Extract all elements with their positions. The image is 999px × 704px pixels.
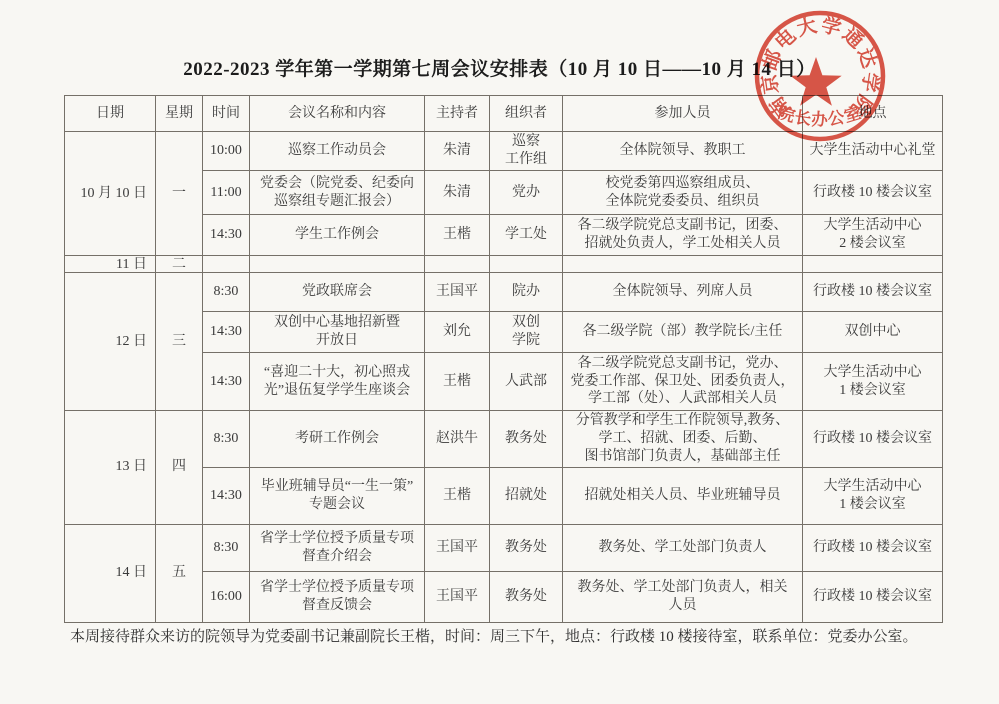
- weekday-cell: 五: [156, 524, 203, 622]
- scanned-document-page: 2022-2023 学年第一学期第七周会议安排表（10 月 10 日——10 月…: [0, 0, 999, 704]
- location-cell: 行政楼 10 楼会议室: [803, 273, 943, 312]
- time-cell: 8:30: [203, 524, 250, 571]
- header-weekday: 星期: [156, 96, 203, 132]
- host-cell: 朱清: [425, 132, 490, 171]
- organizer-cell: 人武部: [490, 353, 563, 411]
- location-cell: 大学生活动中心 1 楼会议室: [803, 467, 943, 524]
- host-cell: 王楷: [425, 467, 490, 524]
- participants-cell: 教务处、学工处部门负责人: [563, 524, 803, 571]
- meeting-cell: 双创中心基地招新暨 开放日: [250, 312, 425, 353]
- participants-cell: 各二级学院党总支副书记，团委、 招就处负责人，学工处相关人员: [563, 215, 803, 256]
- meeting-cell: 省学士学位授予质量专项 督查反馈会: [250, 571, 425, 622]
- meeting-cell: [250, 256, 425, 273]
- header-time: 时间: [203, 96, 250, 132]
- time-cell: 14:30: [203, 353, 250, 411]
- table-row: 14 日 五 8:30 省学士学位授予质量专项 督查介绍会 王国平 教务处 教务…: [65, 524, 943, 571]
- location-cell: 行政楼 10 楼会议室: [803, 171, 943, 215]
- date-cell: 10 月 10 日: [65, 132, 156, 256]
- organizer-cell: 院办: [490, 273, 563, 312]
- location-cell: 行政楼 10 楼会议室: [803, 524, 943, 571]
- seal-office-text: 院长办公室: [776, 102, 864, 129]
- time-cell: 8:30: [203, 273, 250, 312]
- participants-cell: 分管教学和学生工作院领导,教务、 学工、招就、团委、后勤、 图书馆部门负责人，基…: [563, 411, 803, 468]
- participants-cell: 各二级学院党总支副书记，党办、 党委工作部、保卫处、团委负责人， 学工部（处）、…: [563, 353, 803, 411]
- organizer-cell: 招就处: [490, 467, 563, 524]
- location-cell: [803, 256, 943, 273]
- time-cell: 14:30: [203, 467, 250, 524]
- meeting-cell: 党委会（院党委、纪委向 巡察组专题汇报会）: [250, 171, 425, 215]
- date-cell: 14 日: [65, 524, 156, 622]
- time-cell: 8:30: [203, 411, 250, 468]
- date-cell: 11 日: [65, 256, 156, 273]
- location-cell: 大学生活动中心 2 楼会议室: [803, 215, 943, 256]
- official-seal-stamp: 南京邮电大学通达学院 院长办公室: [736, 0, 904, 160]
- participants-cell: 校党委第四巡察组成员、 全体院党委委员、组织员: [563, 171, 803, 215]
- date-cell: 13 日: [65, 411, 156, 525]
- table-row: 12 日 三 8:30 党政联席会 王国平 院办 全体院领导、列席人员 行政楼 …: [65, 273, 943, 312]
- header-date: 日期: [65, 96, 156, 132]
- meeting-cell: 巡察工作动员会: [250, 132, 425, 171]
- host-cell: 王楷: [425, 215, 490, 256]
- table-row: 11 日 二: [65, 256, 943, 273]
- time-cell: 14:30: [203, 312, 250, 353]
- header-meeting: 会议名称和内容: [250, 96, 425, 132]
- host-cell: [425, 256, 490, 273]
- host-cell: 王国平: [425, 524, 490, 571]
- weekday-cell: 一: [156, 132, 203, 256]
- weekday-cell: 三: [156, 273, 203, 411]
- host-cell: 赵洪牛: [425, 411, 490, 468]
- weekday-cell: 二: [156, 256, 203, 273]
- time-cell: [203, 256, 250, 273]
- location-cell: 行政楼 10 楼会议室: [803, 411, 943, 468]
- organizer-cell: 双创 学院: [490, 312, 563, 353]
- meeting-cell: 毕业班辅导员“一生一策” 专题会议: [250, 467, 425, 524]
- header-organizer: 组织者: [490, 96, 563, 132]
- location-cell: 大学生活动中心 1 楼会议室: [803, 353, 943, 411]
- organizer-cell: 学工处: [490, 215, 563, 256]
- host-cell: 朱清: [425, 171, 490, 215]
- location-cell: 行政楼 10 楼会议室: [803, 571, 943, 622]
- date-cell: 12 日: [65, 273, 156, 411]
- meeting-cell: 省学士学位授予质量专项 督查介绍会: [250, 524, 425, 571]
- host-cell: 刘允: [425, 312, 490, 353]
- meeting-cell: 学生工作例会: [250, 215, 425, 256]
- header-host: 主持者: [425, 96, 490, 132]
- footer-note: 本周接待群众来访的院领导为党委副书记兼副院长王楷，时间：周三下午，地点：行政楼 …: [70, 625, 950, 646]
- meeting-cell: “喜迎二十大，初心照戎 光”退伍复学学生座谈会: [250, 353, 425, 411]
- participants-cell: 全体院领导、列席人员: [563, 273, 803, 312]
- organizer-cell: 教务处: [490, 524, 563, 571]
- time-cell: 11:00: [203, 171, 250, 215]
- meeting-cell: 考研工作例会: [250, 411, 425, 468]
- time-cell: 10:00: [203, 132, 250, 171]
- table-row: 13 日 四 8:30 考研工作例会 赵洪牛 教务处 分管教学和学生工作院领导,…: [65, 411, 943, 468]
- organizer-cell: 巡察 工作组: [490, 132, 563, 171]
- time-cell: 16:00: [203, 571, 250, 622]
- meeting-schedule-table: 日期 星期 时间 会议名称和内容 主持者 组织者 参加人员 地点 10 月 10…: [64, 95, 943, 623]
- organizer-cell: [490, 256, 563, 273]
- host-cell: 王楷: [425, 353, 490, 411]
- host-cell: 王国平: [425, 571, 490, 622]
- participants-cell: 招就处相关人员、毕业班辅导员: [563, 467, 803, 524]
- participants-cell: 各二级学院（部）教学院长/主任: [563, 312, 803, 353]
- time-cell: 14:30: [203, 215, 250, 256]
- seal-star-icon: [790, 57, 841, 106]
- organizer-cell: 教务处: [490, 411, 563, 468]
- organizer-cell: 教务处: [490, 571, 563, 622]
- host-cell: 王国平: [425, 273, 490, 312]
- meeting-cell: 党政联席会: [250, 273, 425, 312]
- participants-cell: [563, 256, 803, 273]
- location-cell: 双创中心: [803, 312, 943, 353]
- participants-cell: 教务处、学工处部门负责人，相关 人员: [563, 571, 803, 622]
- weekday-cell: 四: [156, 411, 203, 525]
- organizer-cell: 党办: [490, 171, 563, 215]
